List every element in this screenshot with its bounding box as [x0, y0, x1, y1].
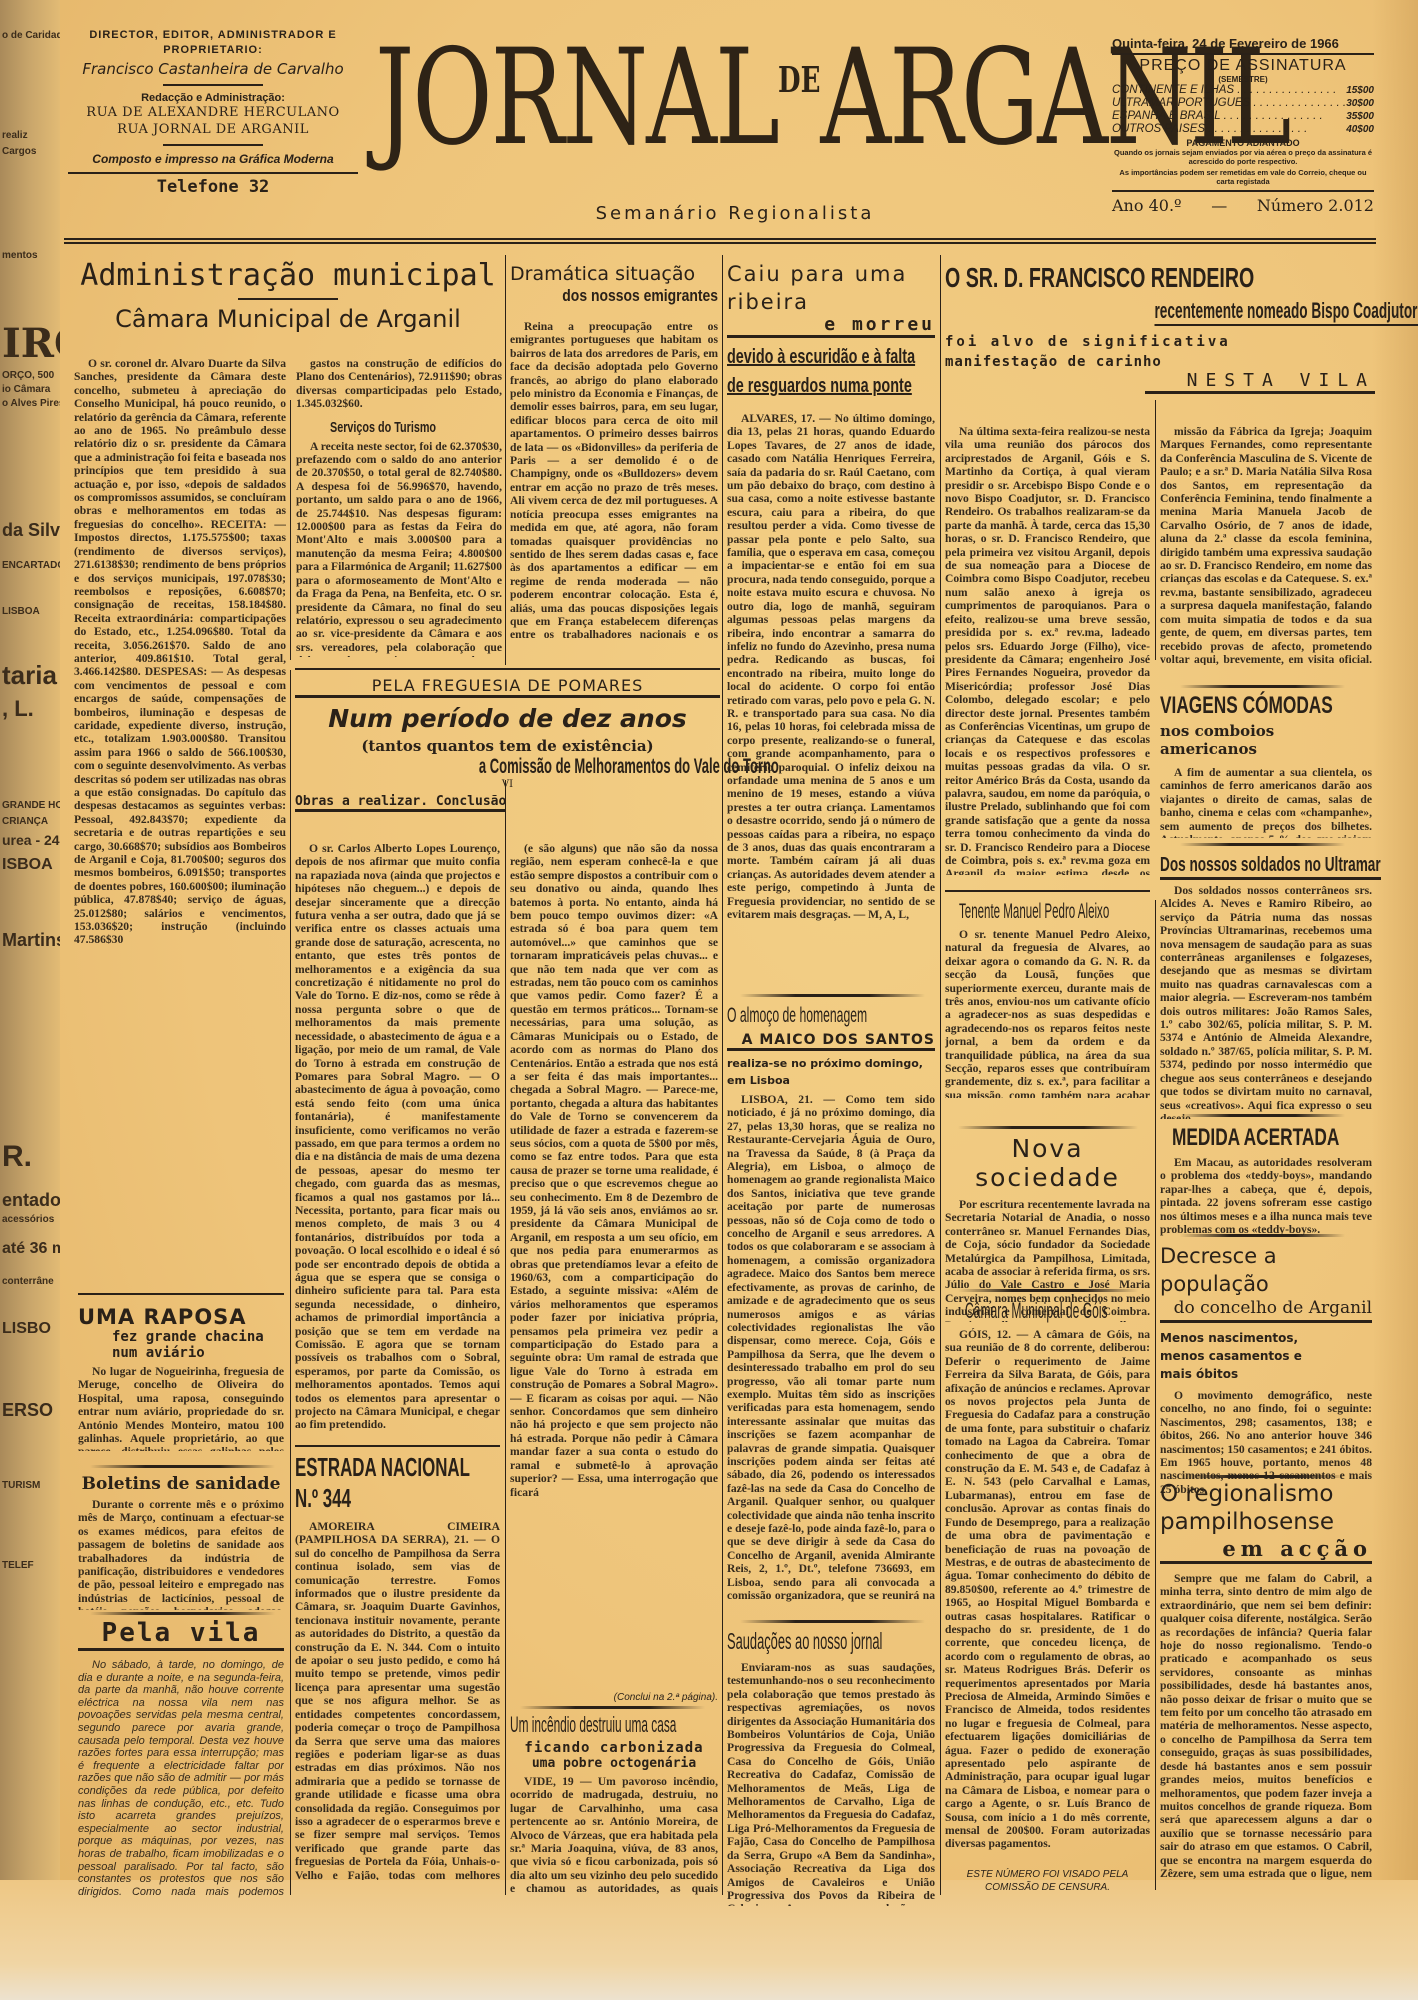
ornament-rule — [1180, 1114, 1345, 1117]
article-title: pampilhosense — [1160, 1508, 1372, 1536]
printer-credit: Composto e impresso na Gráfica Moderna — [68, 152, 358, 166]
divider — [295, 668, 720, 670]
fragment-text: mentos — [2, 250, 38, 261]
fragment-text: R. — [2, 1140, 32, 1174]
price-value: 30$00 — [1346, 97, 1374, 110]
section-kicker: PELA FREGUESIA DE POMARES — [295, 676, 720, 698]
fragment-text: até 36 mes — [2, 1240, 60, 1258]
ornament-rule — [90, 1465, 275, 1468]
article-title: UMA RAPOSA — [78, 1305, 284, 1329]
title-wordmark: JORNALDEARGANIL — [375, 0, 1095, 193]
fragment-text: Martins — [2, 930, 60, 951]
article-title: Tenente Manuel Pedro Aleixo — [959, 900, 1064, 924]
article-subtitle: devido à escuridão e à falta — [727, 346, 877, 369]
ornament-rule — [740, 994, 925, 997]
price-value: 40$00 — [1346, 123, 1374, 136]
article-subtitle-wrap: recentemente nomeado Bispo Coadjutor de … — [945, 298, 1375, 326]
divider — [945, 890, 1150, 892]
article-title: ribeira — [727, 290, 935, 314]
article-sociedade: Nova sociedade Por escritura recentement… — [945, 1134, 1150, 1322]
article-body: ALVARES, 17. — No último domingo, dia 13… — [727, 412, 935, 974]
article-subtitle: ficando carbonizada — [510, 1740, 718, 1756]
fragment-text: Cargos — [2, 146, 36, 157]
article-body: O sr. Carlos Alberto Lopes Lourenço, dep… — [295, 842, 500, 1440]
ornament-rule — [958, 1126, 1138, 1129]
fragment-text: o de Caridade — [2, 30, 60, 41]
editor-roles: DIRECTOR, EDITOR, ADMINISTRADOR E PROPRI… — [68, 28, 358, 58]
newspaper-title: JORNALDEARGANIL Semanário Regionalista — [375, 40, 1095, 224]
column-rule — [940, 255, 941, 1895]
price-row: ESPANHA E BRASIL35$00 — [1112, 110, 1374, 123]
article-title: Num período de dez anos — [295, 704, 720, 733]
article-body: O sr. coronel dr. Alvaro Duarte da Silva… — [74, 357, 286, 1427]
article-body: O sr. tenente Manuel Pedro Aleixo, natur… — [945, 928, 1150, 1098]
article-title: Saudações ao nosso jornal — [727, 1628, 843, 1655]
article-subtitle: a Comissão de Melhoramentos do Vale do T… — [479, 755, 779, 779]
article-body: AMOREIRA CIMEIRA (PAMPILHOSA DA SERRA), … — [295, 1520, 500, 1880]
article-body: missão da Fábrica da Igreja; Joaquim Mar… — [1160, 425, 1372, 665]
issue-info: Ano 40.º — Número 2.012 — [1112, 190, 1374, 215]
article-body: No lugar de Nogueirinha, freguesia de Me… — [78, 1365, 284, 1451]
ornament-rule — [1180, 843, 1345, 846]
article-populacao: Decresce a população do concelho de Arga… — [1160, 1242, 1372, 1499]
article-title: O almoço de homenagem — [727, 1004, 848, 1028]
article-body: LISBOA, 21. — Como tem sido noticiado, é… — [727, 1093, 935, 1603]
fragment-text: TELEF — [2, 1560, 34, 1571]
subscription-period: (SEMESTRE) — [1112, 75, 1374, 84]
article-body: Durante o corrente mês e o próximo mês d… — [78, 1498, 284, 1610]
article-subtitle: uma pobre octogenária — [510, 1756, 718, 1771]
ornament-rule — [1180, 685, 1345, 688]
address-line: RUA JORNAL DE ARGANIL — [68, 121, 358, 138]
article-body: No sábado, à tarde, no domingo, de dia e… — [78, 1659, 284, 1899]
divider — [163, 84, 263, 86]
article-aleixo: Tenente Manuel Pedro Aleixo O sr. tenent… — [945, 900, 1150, 1098]
price-label: ULTRAMAR PORTUGUÊS — [1112, 97, 1346, 110]
article-subtitle: de resguardos numa ponte — [727, 375, 877, 398]
article-boletins: Boletins de sanidade Durante o corrente … — [78, 1474, 284, 1610]
article-pomares: PELA FREGUESIA DE POMARES Num período de… — [295, 676, 720, 812]
article-title: Câmara Municipal de Arganil — [74, 304, 502, 334]
masthead-left-box: DIRECTOR, EDITOR, ADMINISTRADOR E PROPRI… — [68, 28, 358, 197]
article-subtitle: fez grande chacina — [112, 1329, 284, 1345]
editor-name: Francisco Castanheira de Carvalho — [68, 60, 358, 78]
article-title: em acção — [1160, 1536, 1372, 1564]
fragment-text: realiz — [2, 130, 28, 141]
price-value: 35$00 — [1346, 110, 1374, 123]
fragment-text: LISBOA — [2, 606, 40, 617]
article-body: GÓIS, 12. — A câmara de Góis, na sua reu… — [945, 1328, 1150, 1858]
fragment-text: GRANDE HOMEM — [2, 800, 60, 811]
price-label: OUTROS PAÍSES — [1112, 123, 1346, 136]
remittance-note: As importâncias podem ser remetidas em v… — [1112, 168, 1374, 186]
title-word: DE — [778, 61, 820, 102]
address-label: Redacção e Administração: — [68, 92, 358, 104]
separator: — — [1211, 196, 1227, 215]
article-viagens: VIAGENS CÓMODAS nos comboios americanos … — [1160, 692, 1372, 838]
fragment-text: conterrâne — [2, 1276, 54, 1287]
column-rule — [1155, 400, 1156, 660]
article-subtitle: (tantos quantos tem de existência) — [295, 737, 720, 755]
article-title: Boletins de sanidade — [78, 1474, 284, 1494]
price-label: ESPANHA E BRASIL — [1112, 110, 1346, 123]
article-subtitle: recentemente nomeado Bispo Coadjutor de … — [1154, 298, 1418, 326]
fragment-text: TURISM — [2, 1480, 40, 1491]
article-body: A fim de aumentar a sua clientela, os ca… — [1160, 766, 1372, 838]
article-medida: MEDIDA ACERTADA Em Macau, as autoridades… — [1160, 1124, 1372, 1236]
article-kicker: Menos nascimentos, menos casamentos e ma… — [1160, 1329, 1330, 1383]
price-label: CONTINENTE E ILHAS — [1112, 84, 1346, 97]
fragment-text: acessórios — [2, 1214, 54, 1225]
article-title: Nova sociedade — [945, 1134, 1150, 1192]
article-body: VIDE, 19 — Um pavoroso incêndio, ocorrid… — [510, 1775, 718, 1895]
section-subhead: Serviços do Turismo — [330, 419, 454, 436]
divider — [295, 1445, 500, 1447]
price-row: CONTINENTE E ILHAS15$00 — [1112, 84, 1374, 97]
address-line: RUA DE ALEXANDRE HERCULANO — [68, 104, 358, 121]
article-title: Um incêndio destruiu uma casa — [510, 1712, 622, 1738]
fragment-text: da Silva — [2, 520, 60, 541]
article-title: Pela vila — [78, 1618, 284, 1651]
article-subtitle: num aviário — [112, 1345, 284, 1361]
section-kicker: Administração municipal — [74, 258, 502, 294]
article-body-col2: gastos na construção de edifícios do Pla… — [296, 357, 502, 657]
article-subtitle: do concelho de Arganil — [1160, 1298, 1372, 1323]
column-rule — [1155, 900, 1156, 1890]
article-body: Enviaram-nos as suas saudações, testemun… — [727, 1661, 935, 1906]
part-number: VI — [295, 779, 720, 790]
article-title: O SR. D. FRANCISCO RENDEIRO — [945, 262, 1246, 294]
ornament-rule — [90, 1612, 275, 1615]
censorship-notice: ESTE NÚMERO FOI VISADO PELA COMISSÃO DE … — [945, 1868, 1150, 1894]
divider — [238, 298, 338, 300]
column-rule — [505, 255, 506, 665]
ornament-rule — [520, 1706, 705, 1709]
issue-date: Quinta-feira, 24 de Fevereiro de 1966 — [1112, 36, 1374, 55]
ornament-rule — [1180, 1475, 1345, 1478]
article-title: e morreu — [727, 314, 935, 338]
article-body: Sempre que me falam do Cabril, a minha t… — [1160, 1572, 1372, 1882]
column-rule — [722, 255, 723, 1895]
article-subtitle: dos nossos emigrantes — [547, 286, 718, 306]
article-text: (e são alguns) que não são da nossa regi… — [510, 842, 718, 1692]
ornament-rule — [958, 1289, 1138, 1292]
article-title: N.º 344 — [295, 1483, 428, 1514]
article-body: Na última sexta-feira realizou-se nesta … — [945, 425, 1150, 875]
article-estrada: ESTRADA NACIONAL N.º 344 AMOREIRA CIMEIR… — [295, 1452, 500, 1880]
article-kicker: foi alvo de significativa — [945, 334, 1375, 350]
airmail-note: Quando os jornais sejam enviados por via… — [1112, 148, 1374, 166]
fragment-text: entadore — [2, 1190, 60, 1211]
payment-note: PAGAMENTO ADIANTADO — [1112, 138, 1374, 148]
article-subtitle: nos comboios americanos — [1160, 722, 1372, 758]
column-rule — [290, 400, 291, 660]
page-shadow — [1372, 0, 1418, 1880]
article-rendeiro: O SR. D. FRANCISCO RENDEIRO recentemente… — [945, 262, 1375, 394]
article-admin-municipal: Administração municipal Câmara Municipal… — [74, 258, 502, 334]
article-kicker: manifestação de carinho — [945, 354, 1375, 370]
article-gois: Câmara Municipal de Góis GÓIS, 12. — A c… — [945, 1298, 1150, 1894]
article-incendio: Um incêndio destruiu uma casa ficando ca… — [510, 1712, 718, 1895]
article-regionalismo: O regionalismo pampilhosense em acção Se… — [1160, 1480, 1372, 1882]
article-place: NESTA VILA — [1145, 370, 1375, 394]
article-title: VIAGENS CÓMODAS — [1160, 692, 1313, 720]
article-text: A receita neste sector, foi de 62.370$30… — [296, 440, 502, 657]
article-subtitle-wrap: a Comissão de Melhoramentos do Vale do T… — [295, 755, 720, 779]
price-value: 15$00 — [1346, 84, 1374, 97]
fragment-text: ISBOA — [2, 856, 53, 874]
article-title: Caiu para uma — [727, 262, 935, 286]
column-rule — [505, 780, 506, 1895]
fragment-text: IRO — [2, 320, 60, 367]
article-soldados: Dos nossos soldados no Ultramar Dos sold… — [1160, 854, 1372, 1119]
title-word: JORNAL — [375, 22, 778, 176]
fragment-text: taria — [2, 660, 57, 691]
article-almoco: O almoço de homenagem A MAICO DOS SANTOS… — [727, 1004, 935, 1603]
fragment-text: LISBO — [2, 1320, 51, 1338]
fragment-text: urea - 24 — [2, 832, 60, 848]
divider — [163, 144, 263, 146]
article-subtitle: A MAICO DOS SANTOS — [727, 1032, 935, 1051]
fragment-text: ERSO — [2, 1400, 53, 1421]
price-row: ULTRAMAR PORTUGUÊS30$00 — [1112, 97, 1374, 110]
fragment-text: ENCARTADO — [2, 560, 60, 571]
article-kicker: realiza-se no próximo domingo, — [727, 1057, 935, 1070]
article-ribeira: Caiu para uma ribeira e morreu devido à … — [727, 262, 935, 974]
article-title: Câmara Municipal de Góis — [965, 1298, 1067, 1324]
article-raposa: UMA RAPOSA fez grande chacina num aviári… — [78, 1305, 284, 1451]
newspaper-subtitle: Semanário Regionalista — [375, 203, 1095, 224]
issue-number: Número 2.012 — [1257, 196, 1374, 215]
article-text: gastos na construção de edifícios do Pla… — [296, 357, 502, 411]
fragment-text: ORÇO, 500 — [2, 370, 54, 381]
article-title: O regionalismo — [1160, 1480, 1372, 1508]
ornament-rule — [740, 1620, 925, 1623]
fragment-text: CRIANÇA — [2, 816, 48, 827]
divider — [78, 1293, 284, 1295]
article-title: MEDIDA ACERTADA — [1172, 1124, 1316, 1152]
column-rule — [290, 670, 291, 1895]
masthead-rule — [64, 238, 1376, 244]
article-title: Dos nossos soldados no Ultramar — [1160, 854, 1381, 880]
fragment-text: io Câmara — [2, 384, 50, 395]
telephone: Telefone 32 — [68, 172, 358, 197]
volume-year: Ano 40.º — [1112, 196, 1182, 215]
fragment-text: , L. — [2, 696, 34, 722]
price-row: OUTROS PAÍSES40$00 — [1112, 123, 1374, 136]
article-title: Dramática situação — [510, 262, 718, 286]
article-body-col2: (e são alguns) que não são da nossa regi… — [510, 842, 718, 1703]
adjacent-page-edge: o de Caridade realiz Cargos mentos IRO O… — [0, 0, 60, 2000]
masthead-right-box: Quinta-feira, 24 de Fevereiro de 1966 PR… — [1112, 36, 1374, 215]
ornament-rule — [1180, 1234, 1345, 1237]
article-title: Decresce a população — [1160, 1242, 1372, 1298]
fragment-text: o Alves Pires — [2, 398, 60, 409]
subscription-title: PREÇO DE ASSINATURA — [1112, 57, 1374, 75]
article-body: Em Macau, as autoridades resolveram o pr… — [1160, 1156, 1372, 1236]
article-emigrants: Dramática situação dos nossos emigrantes… — [510, 262, 718, 640]
continued-note: (Conclui na 2.ª página). — [510, 1692, 718, 1703]
section-subhead: Obras a realizar. Conclusão — [295, 794, 506, 812]
article-saudacoes: Saudações ao nosso jornal Enviaram-nos a… — [727, 1628, 935, 1906]
article-body: Reina a preocupação entre os emigrantes … — [510, 320, 718, 640]
article-kicker: em Lisboa — [727, 1074, 935, 1087]
article-pelavila: Pela vila No sábado, à tarde, no domingo… — [78, 1618, 284, 1899]
article-title: ESTRADA NACIONAL — [295, 1452, 428, 1483]
article-body: Dos soldados nossos conterrâneos srs. Al… — [1160, 884, 1372, 1119]
